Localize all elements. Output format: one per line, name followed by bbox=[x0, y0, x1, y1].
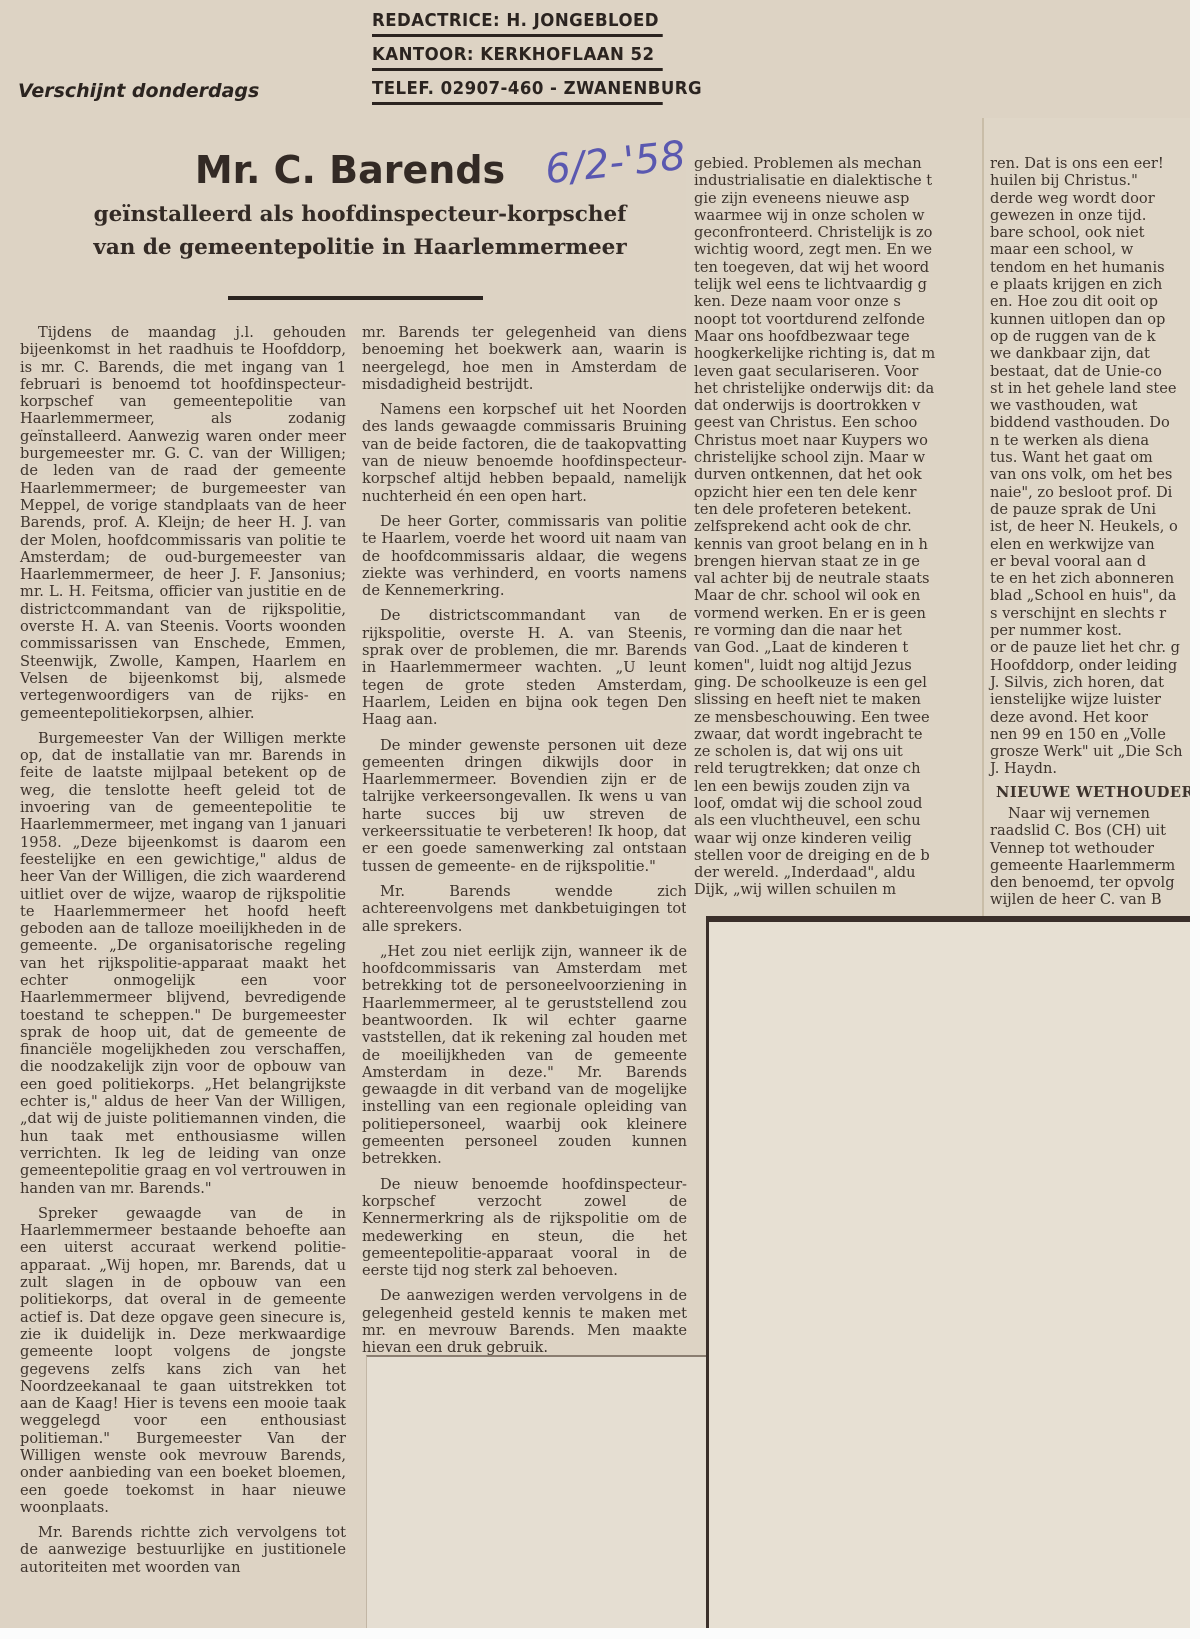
text-line: kunnen uitlopen dan op bbox=[990, 311, 1194, 328]
text-line: we vasthouden, wat bbox=[990, 397, 1194, 414]
text-line: van God. „Laat de kinderen t bbox=[694, 639, 984, 656]
text-line: ten dele profeteren betekent. bbox=[694, 501, 984, 518]
text-line: derde weg wordt door bbox=[990, 190, 1194, 207]
text-line: e plaats krijgen en zich bbox=[990, 276, 1194, 293]
paragraph: Tijdens de maandag j.l. gehouden bijeenk… bbox=[20, 324, 346, 722]
text-line: Maar ons hoofdbezwaar tege bbox=[694, 328, 984, 345]
text-line: elen en werkwijze van bbox=[990, 536, 1194, 553]
text-line: J. Silvis, zich horen, dat bbox=[990, 674, 1194, 691]
text-line: slissing en heeft niet te maken bbox=[694, 691, 984, 708]
text-line: dat onderwijs is doortrokken v bbox=[694, 397, 984, 414]
text-line: waar wij onze kinderen veilig bbox=[694, 830, 984, 847]
text-line: Maar de chr. school wil ook en bbox=[694, 587, 984, 604]
text-line: or de pauze liet het chr. g bbox=[990, 639, 1194, 656]
scan-margin-bottom bbox=[0, 1628, 1200, 1639]
text-line: tendom en het humanis bbox=[990, 259, 1194, 276]
overlapping-clipping: ren. Dat is ons een eer!huilen bij Chris… bbox=[982, 118, 1194, 918]
text-line: wichtig woord, zegt men. En we bbox=[694, 241, 984, 258]
text-line: loof, omdat wij die school zoud bbox=[694, 795, 984, 812]
text-line: ienstelijke wijze luister bbox=[990, 691, 1194, 708]
text-line: bare school, ook niet bbox=[990, 224, 1194, 241]
text-line: durven ontkennen, dat het ook bbox=[694, 466, 984, 483]
text-line: ten toegeven, dat wij het woord bbox=[694, 259, 984, 276]
text-line: deze avond. Het koor bbox=[990, 709, 1194, 726]
text-line: val achter bij de neutrale staats bbox=[694, 570, 984, 587]
paragraph: De nieuw benoemde hoofdinspecteur-korpsc… bbox=[362, 1176, 687, 1280]
text-line: st in het gehele land stee bbox=[990, 380, 1194, 397]
text-line: leven gaat seculariseren. Voor bbox=[694, 363, 984, 380]
text-line: er beval vooral aan d bbox=[990, 553, 1194, 570]
text-line: gebied. Problemen als mechan bbox=[694, 155, 984, 172]
text-line: geconfronteerd. Christelijk is zo bbox=[694, 224, 984, 241]
text-line: christelijke school zijn. Maar w bbox=[694, 449, 984, 466]
text-line: s verschijnt en slechts r bbox=[990, 605, 1194, 622]
paragraph: De aanwezigen werden vervolgens in de ge… bbox=[362, 1287, 687, 1356]
paragraph: De heer Gorter, commissaris van politie … bbox=[362, 513, 687, 599]
text-line: we dankbaar zijn, dat bbox=[990, 345, 1194, 362]
text-line: Dijk, „wij willen schuilen m bbox=[694, 881, 984, 898]
text-line: ist, de heer N. Heukels, o bbox=[990, 518, 1194, 535]
text-line: waarmee wij in onze scholen w bbox=[694, 207, 984, 224]
subtitle-line-2: van de gemeentepolitie in Haarlemmermeer bbox=[30, 231, 690, 264]
news-heading: NIEUWE WETHOUDER bbox=[996, 784, 1194, 801]
text-line: Christus moet naar Kuypers wo bbox=[694, 432, 984, 449]
text-line: brengen hiervan staat ze in ge bbox=[694, 553, 984, 570]
text-line: opzicht hier een ten dele kenr bbox=[694, 484, 984, 501]
clipping-lines: ren. Dat is ons een eer!huilen bij Chris… bbox=[990, 155, 1194, 778]
text-line: hoogkerkelijke richting is, dat m bbox=[694, 345, 984, 362]
text-line: als een vluchtheuvel, een schu bbox=[694, 812, 984, 829]
text-line: naie", zo besloot prof. Di bbox=[990, 484, 1194, 501]
school-article-clipping: gebied. Problemen als mechanindustrialis… bbox=[686, 140, 986, 920]
text-line: vormend werken. En er is geen bbox=[694, 605, 984, 622]
text-line: op de ruggen van de k bbox=[990, 328, 1194, 345]
text-line: maar een school, w bbox=[990, 241, 1194, 258]
text-line: Hoofddorp, onder leiding bbox=[990, 657, 1194, 674]
text-line: industrialisatie en dialektische t bbox=[694, 172, 984, 189]
scan-margin-right bbox=[1190, 0, 1200, 1639]
text-line: n te werken als diena bbox=[990, 432, 1194, 449]
article-subtitle: geïnstalleerd als hoofdinspecteur-korpsc… bbox=[30, 198, 690, 264]
masthead-office: KANTOOR: KERKHOFLAAN 52 bbox=[372, 42, 663, 71]
text-line: telijk wel eens te lichtvaardig g bbox=[694, 276, 984, 293]
newspaper-clipping-sheet: REDACTRICE: H. JONGEBLOED KANTOOR: KERKH… bbox=[0, 0, 1190, 1628]
text-line: noopt tot voortdurend zelfonde bbox=[694, 311, 984, 328]
text-line: re vorming dan die naar het bbox=[694, 622, 984, 639]
text-line: ren. Dat is ons een eer! bbox=[990, 155, 1194, 172]
text-line: zelfsprekend acht ook de chr. bbox=[694, 518, 984, 535]
text-line: geest van Christus. Een schoo bbox=[694, 414, 984, 431]
blank-paper-area bbox=[706, 916, 1193, 1634]
text-line: tus. Want het gaat om bbox=[990, 449, 1194, 466]
school-article-text: gebied. Problemen als mechanindustrialis… bbox=[694, 155, 984, 899]
paragraph: Spreker gewaagde van de in Haarlemmermee… bbox=[20, 1205, 346, 1516]
subtitle-line-1: geïnstalleerd als hoofdinspecteur-korpsc… bbox=[30, 198, 690, 231]
paragraph: Namens een korpschef uit het Noorden des… bbox=[362, 401, 687, 505]
text-line: stellen voor de dreiging en de b bbox=[694, 847, 984, 864]
paragraph: Mr. Barends richtte zich vervolgens tot … bbox=[20, 1524, 346, 1576]
text-line: biddend vasthouden. Do bbox=[990, 414, 1194, 431]
text-line: van ons volk, om het bes bbox=[990, 466, 1194, 483]
text-line: ze mensbeschouwing. Een twee bbox=[694, 709, 984, 726]
text-line: de pauze sprak de Uni bbox=[990, 501, 1194, 518]
text-line: kennis van groot belang en in h bbox=[694, 536, 984, 553]
masthead-editor: REDACTRICE: H. JONGEBLOED bbox=[372, 8, 663, 37]
masthead-phone: TELEF. 02907-460 - ZWANENBURG bbox=[372, 76, 663, 105]
text-line: len een bewijs zouden zijn va bbox=[694, 778, 984, 795]
article-column-2: mr. Barends ter gelegenheid van diens be… bbox=[362, 324, 687, 1365]
text-line: blad „School en huis", da bbox=[990, 587, 1194, 604]
text-line: reld terugtrekken; dat onze ch bbox=[694, 760, 984, 777]
paragraph: Burgemeester Van der Willigen merkte op,… bbox=[20, 730, 346, 1197]
text-line: der wereld. „Inderdaad", aldu bbox=[694, 864, 984, 881]
text-line: ging. De schoolkeuze is een gel bbox=[694, 674, 984, 691]
paragraph: „Het zou niet eerlijk zijn, wanneer ik d… bbox=[362, 943, 687, 1168]
text-line: gie zijn eveneens nieuwe asp bbox=[694, 190, 984, 207]
text-line: huilen bij Christus." bbox=[990, 172, 1194, 189]
overlapping-clipping-text: ren. Dat is ons een eer!huilen bij Chris… bbox=[990, 155, 1194, 917]
text-line: nen 99 en 150 en „Volle bbox=[990, 726, 1194, 743]
text-line: bestaat, dat de Unie-co bbox=[990, 363, 1194, 380]
article-column-1: Tijdens de maandag j.l. gehouden bijeenk… bbox=[20, 324, 346, 1584]
text-line: J. Haydn. bbox=[990, 760, 1194, 777]
paragraph: De districtscommandant van de rijkspolit… bbox=[362, 607, 687, 728]
masthead: REDACTRICE: H. JONGEBLOED KANTOOR: KERKH… bbox=[372, 8, 688, 110]
text-line: ze scholen is, dat wij ons uit bbox=[694, 743, 984, 760]
title-divider bbox=[228, 296, 483, 300]
paragraph: De minder gewenste personen uit deze gem… bbox=[362, 737, 687, 875]
text-line: ken. Deze naam voor onze s bbox=[694, 293, 984, 310]
text-line: zwaar, dat wordt ingebracht te bbox=[694, 726, 984, 743]
paragraph: Mr. Barends wendde zich achtereenvolgens… bbox=[362, 883, 687, 935]
text-line: grosze Werk" uit „Die Sch bbox=[990, 743, 1194, 760]
text-line: per nummer kost. bbox=[990, 622, 1194, 639]
text-line: te en het zich abonneren bbox=[990, 570, 1194, 587]
cut-paper-area bbox=[366, 1355, 707, 1637]
text-line: komen", luidt nog altijd Jezus bbox=[694, 657, 984, 674]
text-line: en. Hoe zou dit ooit op bbox=[990, 293, 1194, 310]
text-line: gewezen in onze tijd. bbox=[990, 207, 1194, 224]
text-line: het christelijke onderwijs dit: da bbox=[694, 380, 984, 397]
news-paragraph: Naar wij vernemen raadslid C. Bos (CH) u… bbox=[990, 805, 1194, 909]
paragraph: mr. Barends ter gelegenheid van diens be… bbox=[362, 324, 687, 393]
publication-day-note: Verschijnt donderdags bbox=[18, 80, 259, 102]
